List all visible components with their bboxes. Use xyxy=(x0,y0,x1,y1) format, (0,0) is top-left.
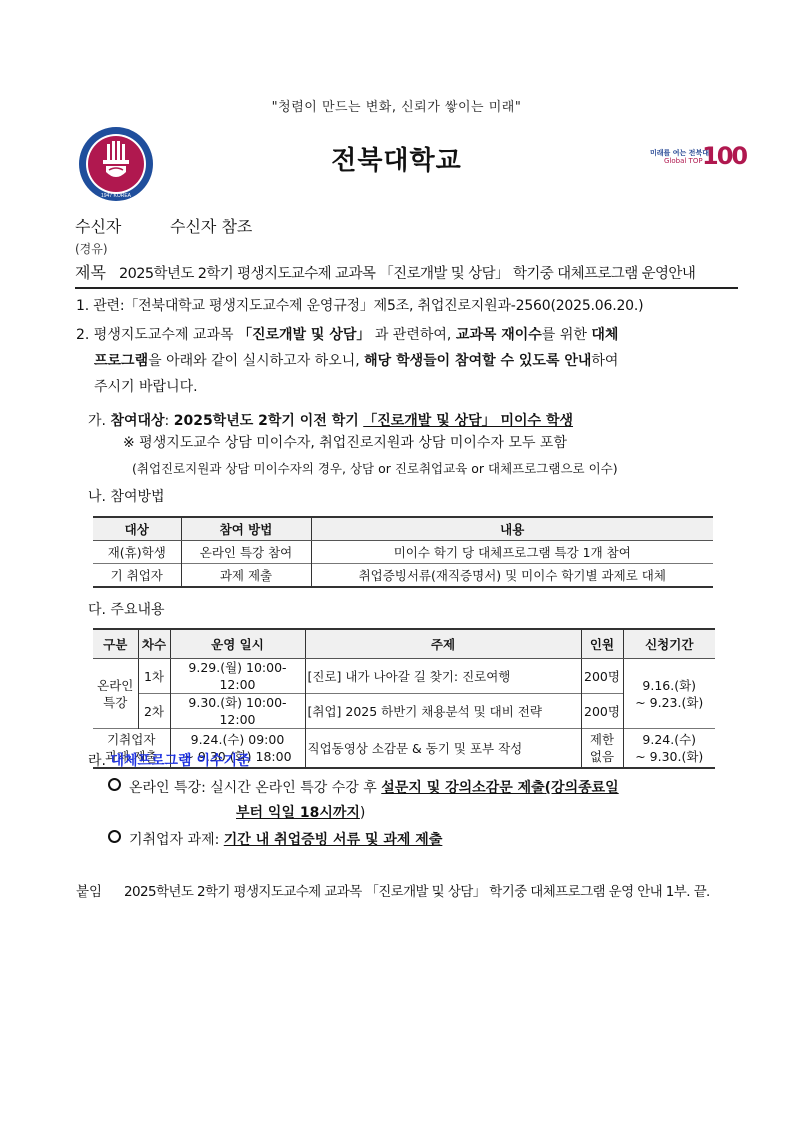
apply-period-cell: 9.24.(수) ~ 9.30.(화) xyxy=(623,729,715,769)
underlined-text: (강의종료일 xyxy=(545,780,619,796)
capacity-cell: 200명 xyxy=(581,694,623,729)
text: 를 위한 xyxy=(542,327,587,343)
note-1: ※ 평생지도교수 상담 미이수자, 취업진로지원과 상담 미이수자 모두 포함 xyxy=(123,432,567,452)
text: ) xyxy=(360,805,365,821)
header-cell: 참여 방법 xyxy=(181,517,311,541)
text: 주시기 바랍니다. xyxy=(76,374,741,400)
via-line: (경유) xyxy=(75,240,108,257)
criteria-bullet-task: 기취업자 과제: 기간 내 취업증빙 서류 및 과제 제출 xyxy=(108,827,442,853)
participation-method-table: 대상 참여 방법 내용 재(휴)학생 온라인 특강 참여 미이수 학기 당 대체… xyxy=(93,516,713,588)
header-cell: 운영 일시 xyxy=(170,629,305,659)
bold-course-name: 「진로개발 및 상담」 xyxy=(238,327,370,343)
table-row: 2차 9.30.(화) 10:00-12:00 [취업] 2025 하반기 채용… xyxy=(93,694,715,729)
topic-cell: [취업] 2025 하반기 채용분석 및 대비 전략 xyxy=(305,694,581,729)
slogan: "청렴이 만드는 변화, 신뢰가 쌓이는 미래" xyxy=(0,96,793,115)
attachment-line: 붙임2025학년도 2학기 평생지도교수제 교과목 「진로개발 및 상담」 학기… xyxy=(76,880,710,900)
cell: 재(휴)학생 xyxy=(93,541,181,564)
text: 기취업자 xyxy=(107,732,155,747)
header-cell: 내용 xyxy=(311,517,713,541)
datetime-cell: 9.30.(화) 10:00-12:00 xyxy=(170,694,305,729)
text: 제한 xyxy=(590,732,614,747)
text: 9.24.(수) 09:00 xyxy=(191,732,285,747)
header-cell: 구분 xyxy=(93,629,138,659)
section-ra-title: 라. 대체프로그램 이수기준 xyxy=(88,748,251,774)
header-cell: 주제 xyxy=(305,629,581,659)
text: 9.16.(화) xyxy=(642,678,696,693)
text: ~ 9.30.(화) xyxy=(635,749,703,764)
text: 하여 xyxy=(591,353,618,369)
target-value: 2025학년도 2학기 이전 학기 xyxy=(174,413,359,429)
section-prefix: 가. xyxy=(88,413,106,429)
section-da-title: 다. 주요내용 xyxy=(88,597,165,623)
table-row: 재(휴)학생 온라인 특강 참여 미이수 학기 당 대체프로그램 특강 1개 참… xyxy=(93,541,713,564)
text: 을 아래와 같이 실시하고자 하오니, xyxy=(148,353,360,369)
text: 특강 xyxy=(103,695,127,710)
cell: 온라인 특강 참여 xyxy=(181,541,311,564)
topic-cell: 직업동영상 소감문 & 동기 및 포부 작성 xyxy=(305,729,581,769)
datetime-cell: 9.29.(월) 10:00-12:00 xyxy=(170,659,305,694)
criteria-bullet-online-cont: 부터 익일 18시까지) xyxy=(236,800,365,826)
header-cell: 인원 xyxy=(581,629,623,659)
subject-line: 제목2025학년도 2학기 평생지도교수제 교과목 「진로개발 및 상담」 학기… xyxy=(75,260,738,289)
underlined-text: 설문지 및 강의소감문 제출 xyxy=(381,780,544,796)
bold-retake: 교과목 재이수 xyxy=(456,327,542,343)
recipient-value: 수신자 참조 xyxy=(170,217,252,236)
global-top100-badge: 미래를 여는 전북대 Global TOP 100 xyxy=(650,144,740,172)
section-prefix: 라. xyxy=(88,753,106,769)
text: 9.24.(수) xyxy=(642,732,696,747)
table-header-row: 구분 차수 운영 일시 주제 인원 신청기간 xyxy=(93,629,715,659)
table-row: 기 취업자 과제 제출 취업증빙서류(재직증명서) 및 미이수 학기별 과제로 … xyxy=(93,564,713,588)
item-1-related: 1. 관련:「전북대학교 평생지도교수제 운영규정」제5조, 취업진로지원과-2… xyxy=(76,293,643,319)
text: 온라인 xyxy=(97,678,133,693)
round-cell: 2차 xyxy=(138,694,170,729)
badge-number: 100 xyxy=(702,142,746,170)
text: 2. 평생지도교수제 교과목 xyxy=(76,327,234,343)
bold-program: 프로그램 xyxy=(94,353,148,369)
underlined-text: 부터 익일 18시까지 xyxy=(236,805,360,821)
header-cell: 대상 xyxy=(93,517,181,541)
attachment-label: 붙임 xyxy=(76,880,124,900)
recipient-label: 수신자 xyxy=(75,214,170,237)
bold-alt: 대체 xyxy=(591,327,618,343)
text: ~ 9.23.(화) xyxy=(635,695,703,710)
attachment-value: 2025학년도 2학기 평생지도교수제 교과목 「진로개발 및 상담」 학기중 … xyxy=(124,884,710,900)
underlined-text: 기간 내 취업증빙 서류 및 과제 제출 xyxy=(224,832,443,848)
criteria-bullet-online: 온라인 특강: 실시간 온라인 특강 수강 후 설문지 및 강의소감문 제출(강… xyxy=(108,775,619,801)
note-2: (취업진로지원과 상담 미이수자의 경우, 상담 or 진로취업교육 or 대체… xyxy=(132,459,618,477)
capacity-cell: 200명 xyxy=(581,659,623,694)
text: 없음 xyxy=(590,749,614,764)
capacity-cell: 제한 없음 xyxy=(581,729,623,769)
subject-value: 2025학년도 2학기 평생지도교수제 교과목 「진로개발 및 상담」 학기중 … xyxy=(119,266,695,282)
table-row: 온라인 특강 1차 9.29.(월) 10:00-12:00 [진로] 내가 나… xyxy=(93,659,715,694)
section-na-title: 나. 참여방법 xyxy=(88,484,165,510)
topic-cell: [진로] 내가 나아갈 길 찾기: 진로여행 xyxy=(305,659,581,694)
header-cell: 신청기간 xyxy=(623,629,715,659)
circle-bullet-icon xyxy=(108,830,121,843)
apply-period-cell: 9.16.(화) ~ 9.23.(화) xyxy=(623,659,715,729)
sep: : xyxy=(165,413,170,429)
table-header-row: 대상 참여 방법 내용 xyxy=(93,517,713,541)
text: 기취업자 과제: xyxy=(129,832,219,848)
target-value-underlined: 「진로개발 및 상담」 미이수 학생 xyxy=(363,413,573,429)
badge-line2: Global TOP xyxy=(664,157,703,165)
cell: 기 취업자 xyxy=(93,564,181,588)
section-ga-target: 가. 참여대상: 2025학년도 2학기 이전 학기 「진로개발 및 상담」 미… xyxy=(88,408,573,434)
text: 과 관련하여, xyxy=(375,327,452,343)
recipient-line: 수신자수신자 참조 xyxy=(75,214,252,237)
header-cell: 차수 xyxy=(138,629,170,659)
subject-label: 제목 xyxy=(75,260,119,283)
text: 온라인 특강: 실시간 온라인 특강 수강 후 xyxy=(129,780,377,796)
cell: 미이수 학기 당 대체프로그램 특강 1개 참여 xyxy=(311,541,713,564)
cell: 과제 제출 xyxy=(181,564,311,588)
item-2-paragraph: 2. 평생지도교수제 교과목 「진로개발 및 상담」 과 관련하여, 교과목 재… xyxy=(76,322,741,400)
bold-guide: 해당 학생들이 참여할 수 있도록 안내 xyxy=(364,353,591,369)
target-label: 참여대상 xyxy=(110,413,164,429)
circle-bullet-icon xyxy=(108,778,121,791)
criteria-title: 대체프로그램 이수기준 xyxy=(110,753,250,769)
group-cell-online: 온라인 특강 xyxy=(93,659,138,729)
round-cell: 1차 xyxy=(138,659,170,694)
svg-text:1947 KOREA: 1947 KOREA xyxy=(101,193,132,199)
cell: 취업증빙서류(재직증명서) 및 미이수 학기별 과제로 대체 xyxy=(311,564,713,588)
